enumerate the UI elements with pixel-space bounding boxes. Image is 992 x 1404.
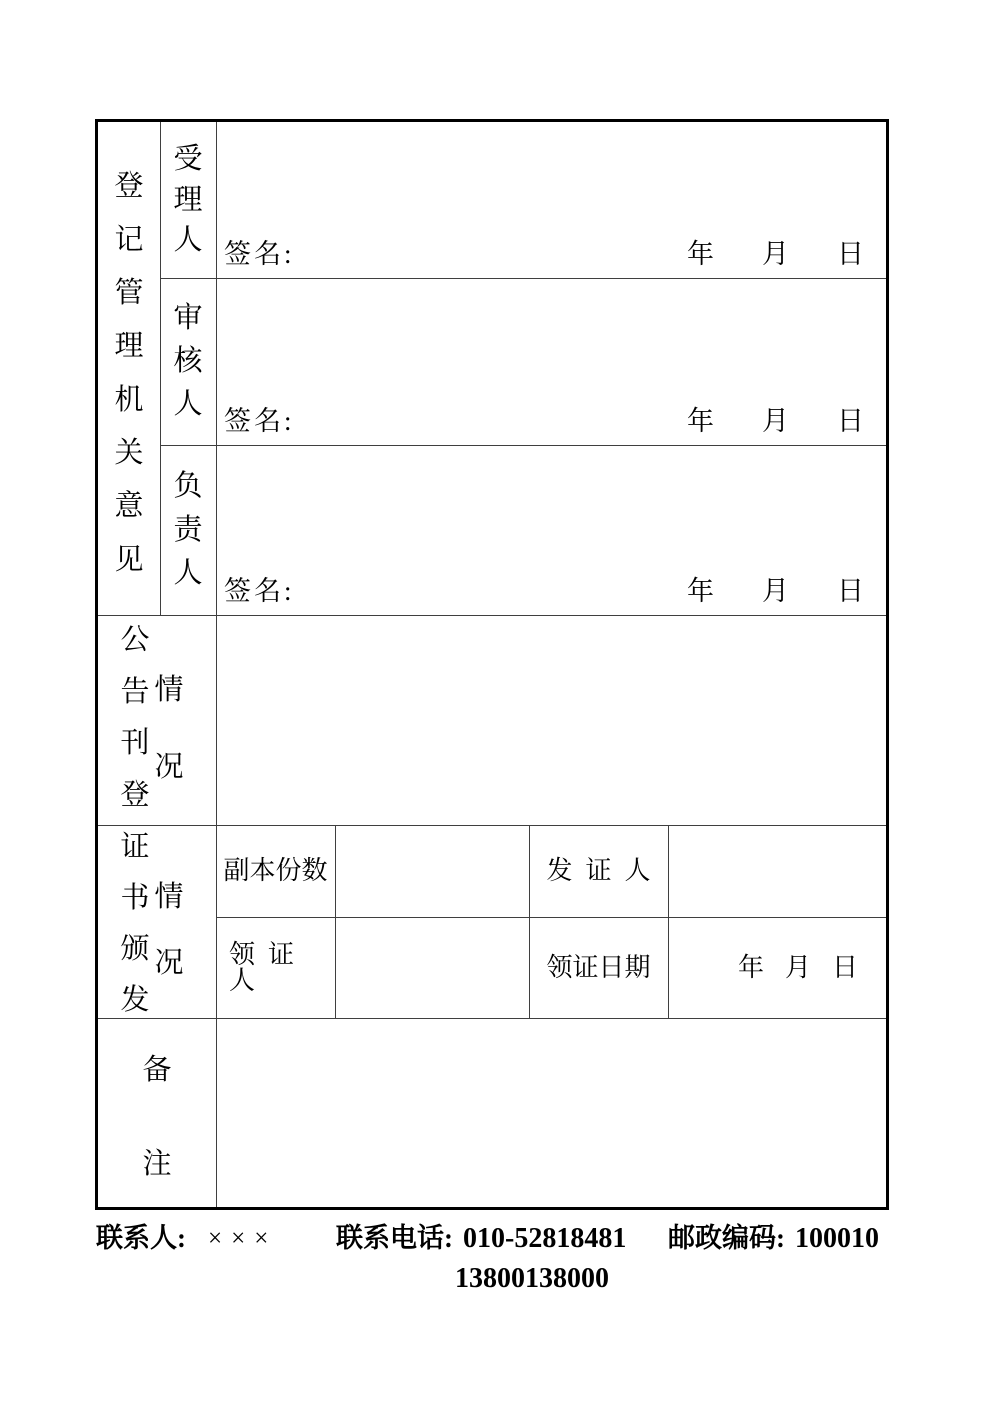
reviewer-signature-cell[interactable]: 签名: 年 月 日 — [216, 278, 886, 445]
receiver-label: 领证人 — [216, 917, 335, 1018]
registration-form-table: 登记管理机关意见 受理人 审核人 负责人 签名: 年 月 日 签名: 年 月 日… — [95, 119, 889, 1210]
year-label: 年 — [687, 578, 714, 605]
month-label: 月 — [762, 241, 789, 268]
announcement-label: 公告刊登 情况 — [98, 615, 216, 825]
date-ymd: 年 月 日 — [687, 578, 886, 605]
day-label: 日 — [837, 578, 864, 605]
role-label-reviewer: 审核人 — [160, 278, 216, 445]
announcement-label-sub: 情况 — [154, 676, 184, 782]
postal-code-value: 100010 — [795, 1222, 879, 1256]
issuer-value-cell[interactable] — [668, 825, 886, 917]
month-label: 月 — [762, 408, 789, 435]
contact-person-label: 联系人: — [96, 1222, 186, 1254]
postal-code-label: 邮政编码: — [668, 1222, 785, 1254]
year-label: 年 — [687, 408, 714, 435]
date-ymd: 年 月 日 — [738, 955, 886, 981]
footer-contact-block: 联系人: ××× 联系电话: 010-52818481 邮政编码: 100010… — [95, 1222, 895, 1302]
contact-phone-value: 010-52818481 — [463, 1222, 626, 1256]
certificate-label: 证书颁发 情况 — [98, 825, 216, 1018]
contact-person-value: ××× — [208, 1224, 277, 1254]
form-page: 登记管理机关意见 受理人 审核人 负责人 签名: 年 月 日 签名: 年 月 日… — [0, 0, 992, 1404]
day-label: 日 — [837, 241, 864, 268]
sign-label: 签名: — [224, 408, 295, 435]
acceptor-signature-cell[interactable]: 签名: 年 月 日 — [216, 122, 886, 278]
month-label: 月 — [785, 955, 811, 981]
remarks-content-area[interactable] — [216, 1018, 886, 1207]
sign-label: 签名: — [224, 578, 295, 605]
role-label-acceptor: 受理人 — [160, 122, 216, 278]
certificate-label-main: 证书颁发 — [120, 833, 150, 1015]
month-label: 月 — [762, 578, 789, 605]
receive-date-label: 领证日期 — [529, 917, 668, 1018]
announcement-content-area[interactable] — [216, 615, 886, 825]
announcement-label-main: 公告刊登 — [120, 626, 150, 810]
responsible-signature-cell[interactable]: 签名: 年 月 日 — [216, 445, 886, 615]
role-label-responsible: 负责人 — [160, 445, 216, 615]
receive-date-value-cell[interactable]: 年 月 日 — [668, 917, 886, 1018]
contact-phone-value-2: 13800138000 — [455, 1262, 609, 1296]
copies-count-value-cell[interactable] — [335, 825, 529, 917]
receiver-value-cell[interactable] — [335, 917, 529, 1018]
remarks-label: 备注 — [98, 1018, 216, 1207]
authority-opinion-label: 登记管理机关意见 — [98, 122, 160, 615]
year-label: 年 — [687, 241, 714, 268]
day-label: 日 — [832, 955, 858, 981]
copies-count-label: 副本份数 — [216, 825, 335, 917]
date-ymd: 年 月 日 — [687, 408, 886, 435]
year-label: 年 — [738, 955, 764, 981]
contact-phone-label: 联系电话: — [336, 1222, 453, 1254]
date-ymd: 年 月 日 — [687, 241, 886, 268]
day-label: 日 — [837, 408, 864, 435]
certificate-label-sub: 情况 — [154, 883, 184, 978]
issuer-label: 发证人 — [529, 825, 668, 917]
sign-label: 签名: — [224, 241, 295, 268]
